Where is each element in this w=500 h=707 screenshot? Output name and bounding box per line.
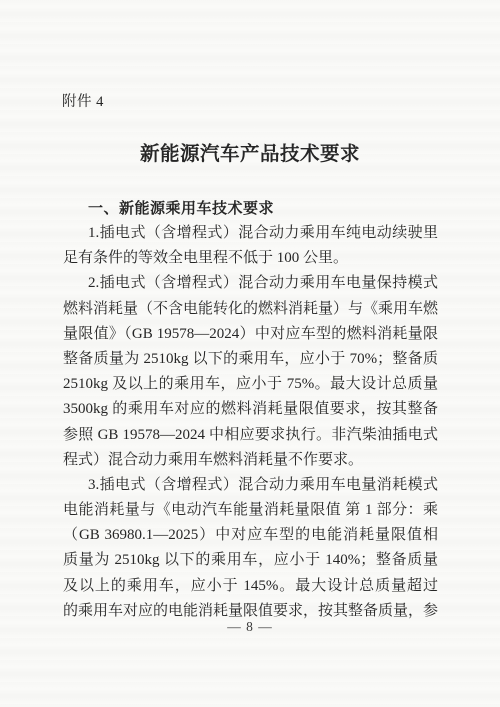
body-line: （GB 36980.1—2025）中对应车型的电能消耗量限值相比：整备 [63,523,438,548]
body-line: 3500kg 的乘用车对应的燃料消耗量限值要求，按其整备质量， [63,397,438,422]
body-line: 程式）混合动力乘用车燃料消耗量不作要求。 [63,448,438,473]
body-line: 电能消耗量与《电动汽车能量消耗量限值 第 1 部分：乘用车》 [63,498,438,523]
section-heading: 一、新能源乘用车技术要求 [88,197,274,218]
document-title: 新能源汽车产品技术要求 [0,138,500,166]
attachment-label: 附件 4 [62,90,104,111]
body-line: 足有条件的等效全电里程不低于 100 公里。 [63,246,438,271]
body-line: 质量为 2510kg 以下的乘用车，应小于 140%；整备质量为 2510kg [63,548,438,573]
document-page: 附件 4 新能源汽车产品技术要求 一、新能源乘用车技术要求 1.插电式（含增程式… [0,0,500,707]
body-line: 及以上的乘用车，应小于 145%。最大设计总质量超过 3500kg [63,574,438,599]
body-line: 量限值》（GB 19578—2024）中对应车型的燃料消耗量限值相比： [63,322,438,347]
body-line: 参照 GB 19578—2024 中相应要求执行。非汽柴油插电式（含增 [63,423,438,448]
body-line: 2.插电式（含增程式）混合动力乘用车电量保持模式试验的 [63,271,438,296]
body-line: 1.插电式（含增程式）混合动力乘用车纯电动续驶里程应满 [63,221,438,246]
document-body: 1.插电式（含增程式）混合动力乘用车纯电动续驶里程应满足有条件的等效全电里程不低… [63,221,438,624]
body-line: 整备质量为 2510kg 以下的乘用车，应小于 70%；整备质量为 [63,347,438,372]
body-line: 燃料消耗量（不含电能转化的燃料消耗量）与《乘用车燃料消耗 [63,297,438,322]
page-number-footer: — 8 — [0,619,500,635]
body-line: 3.插电式（含增程式）混合动力乘用车电量消耗模式试验的 [63,473,438,498]
body-line: 2510kg 及以上的乘用车，应小于 75%。最大设计总质量超过 [63,372,438,397]
